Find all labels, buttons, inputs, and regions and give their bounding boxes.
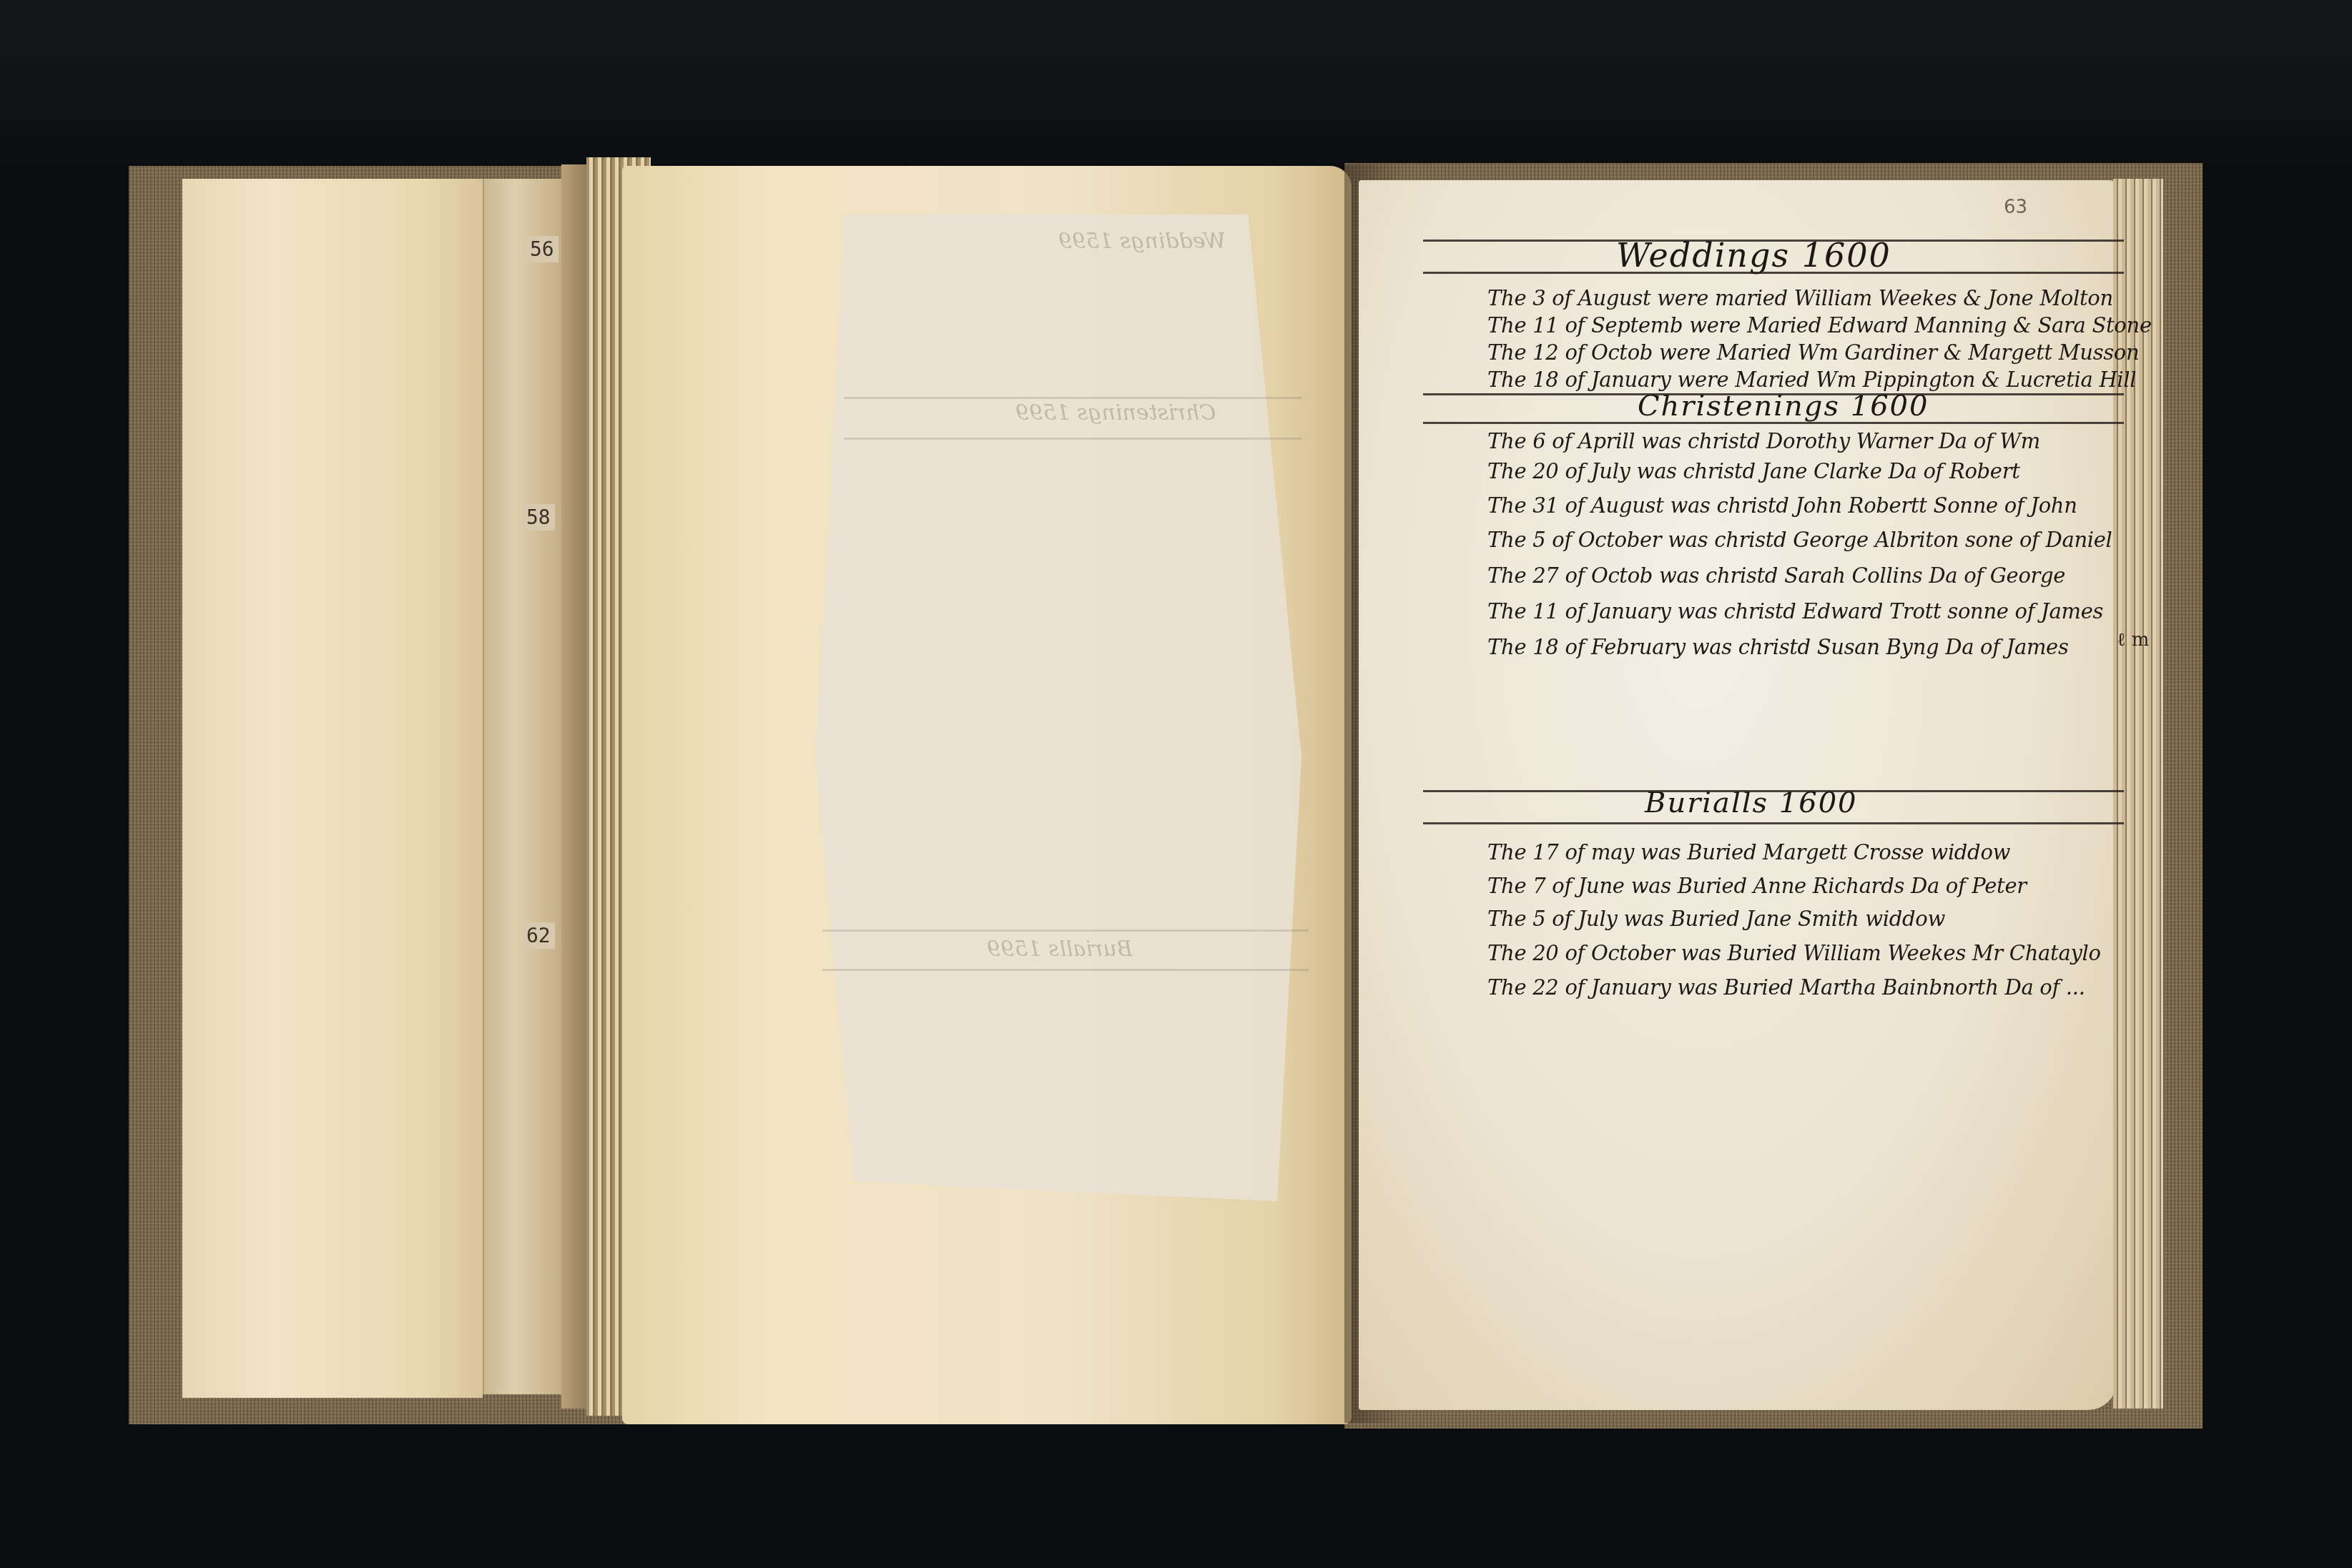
page-tab: 56 — [526, 236, 559, 262]
ruled-line — [1423, 272, 2124, 274]
page-tab: 58 — [522, 504, 555, 531]
bleed-rule — [822, 930, 1309, 932]
bleed-rule — [822, 969, 1309, 971]
wedding-entry: The 18 of January were Maried Wm Pipping… — [1487, 368, 2136, 392]
burial-entry: The 20 of October was Buried William Wee… — [1487, 941, 2101, 965]
christening-entry: The 20 of July was christd Jane Clarke D… — [1487, 459, 2020, 483]
repair-patch — [815, 215, 1302, 1201]
christening-entry: The 31 of August was christd John Robert… — [1487, 493, 2077, 518]
ruled-line — [1423, 422, 2124, 424]
margin-annotation: ℓ m — [2117, 629, 2149, 651]
section-title-burials: Burialls 1600 — [1645, 787, 1858, 819]
bleed-through-heading: Christenings 1599 — [1015, 400, 1216, 425]
christening-entry: The 27 of Octob was christd Sarah Collin… — [1487, 563, 2065, 588]
left-endpaper — [182, 179, 483, 1398]
ruled-line — [1423, 822, 2124, 824]
bleed-rule — [844, 397, 1302, 399]
burial-entry: The 7 of June was Buried Anne Richards D… — [1487, 874, 2027, 898]
bleed-through-heading: Burialls 1599 — [987, 937, 1133, 962]
christening-entry: The 11 of January was christd Edward Tro… — [1487, 599, 2103, 623]
burial-entry: The 22 of January was Buried Martha Bain… — [1487, 975, 2085, 1000]
christening-entry: The 18 of February was christd Susan Byn… — [1487, 635, 2069, 659]
christening-entry: The 6 of Aprill was christd Dorothy Warn… — [1487, 429, 2040, 453]
bleed-through-heading: Weddings 1599 — [1058, 229, 1226, 254]
folio-number: 63 — [2004, 197, 2027, 218]
bleed-rule — [844, 438, 1302, 440]
burial-entry: The 17 of may was Buried Margett Crosse … — [1487, 840, 2010, 864]
wedding-entry: The 11 of Septemb were Maried Edward Man… — [1487, 313, 2152, 337]
page-tab: 62 — [522, 922, 555, 949]
burial-entry: The 5 of July was Buried Jane Smith widd… — [1487, 907, 1945, 931]
flyleaf — [483, 179, 563, 1394]
section-title-christenings: Christenings 1600 — [1638, 390, 1929, 423]
wedding-entry: The 12 of Octob were Maried Wm Gardiner … — [1487, 340, 2139, 365]
backdrop — [0, 0, 2352, 164]
christening-entry: The 5 of October was christd George Albr… — [1487, 528, 2112, 552]
wedding-entry: The 3 of August were maried William Week… — [1487, 286, 2113, 310]
section-title-weddings: Weddings 1600 — [1616, 236, 1891, 275]
